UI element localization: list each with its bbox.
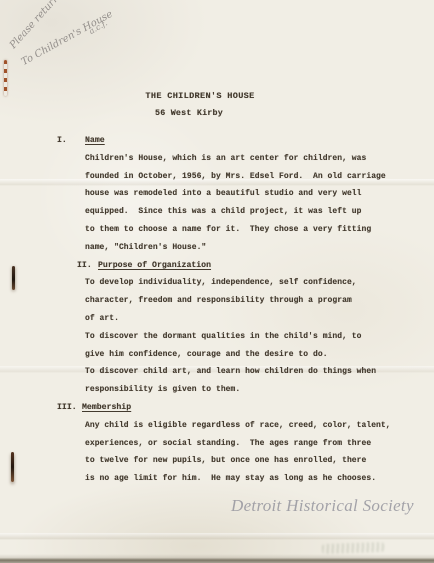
section-heading: Purpose of Organization <box>98 261 211 270</box>
scanned-document-page: Please return To Children's House a.c.f.… <box>0 0 434 563</box>
text-line: equipped. Since this was a child project… <box>85 203 400 221</box>
paragraph: Any child is eligible regardless of race… <box>85 417 400 488</box>
text-line: To discover the dormant qualities in the… <box>85 328 400 346</box>
text-line: of art. <box>85 310 400 328</box>
section-numeral: I. <box>57 132 67 150</box>
document-header: THE CHILDREN'S HOUSE 56 West Kirby <box>100 91 300 118</box>
document-section: III.MembershipAny child is eligible rega… <box>85 399 400 488</box>
section-heading: Membership <box>82 403 131 412</box>
paragraph: To develop individuality, independence, … <box>85 274 400 327</box>
faint-stamp <box>322 542 384 554</box>
section-heading: Name <box>85 136 105 145</box>
staple-mark-middle <box>12 266 15 290</box>
paragraph: To discover the dormant qualities in the… <box>85 328 400 364</box>
paragraph: To discover child art, and learn how chi… <box>85 363 400 399</box>
text-line: to them to choose a name for it. They ch… <box>85 221 400 239</box>
text-line: Any child is eligible regardless of race… <box>85 417 400 435</box>
text-line: responsibility is given to them. <box>85 381 400 399</box>
section-numeral: II. <box>77 257 92 275</box>
document-section: II.Purpose of OrganizationTo develop ind… <box>85 257 400 399</box>
staple-mark-bottom <box>11 452 14 482</box>
watermark-text: Detroit Historical Society <box>231 496 414 516</box>
text-line: founded in October, 1956, by Mrs. Edsel … <box>85 168 400 186</box>
fold-crease-bottom <box>0 533 434 540</box>
document-section: I.NameChildren's House, which is an art … <box>85 132 400 257</box>
section-numeral: III. <box>57 399 77 417</box>
staple-mark-top <box>4 60 7 96</box>
document-address: 56 West Kirby <box>100 108 300 118</box>
text-line: to twelve for new pupils, but once one h… <box>85 452 400 470</box>
text-line: is no age limit for him. He may stay as … <box>85 470 400 488</box>
text-line: experiences, or social standing. The age… <box>85 435 400 453</box>
text-line: name, "Children's House." <box>85 239 400 257</box>
text-line: To develop individuality, independence, … <box>85 274 400 292</box>
document-sections: I.NameChildren's House, which is an art … <box>85 132 400 488</box>
text-line: To discover child art, and learn how chi… <box>85 363 400 381</box>
text-line: Children's House, which is an art center… <box>85 150 400 168</box>
text-line: give him confidence, courage and the des… <box>85 346 400 364</box>
paragraph: Children's House, which is an art center… <box>85 150 400 257</box>
paper-bottom-edge <box>0 554 434 563</box>
document-title: THE CHILDREN'S HOUSE <box>100 91 300 101</box>
text-line: house was remodeled into a beautiful stu… <box>85 185 400 203</box>
text-line: character, freedom and responsibility th… <box>85 292 400 310</box>
